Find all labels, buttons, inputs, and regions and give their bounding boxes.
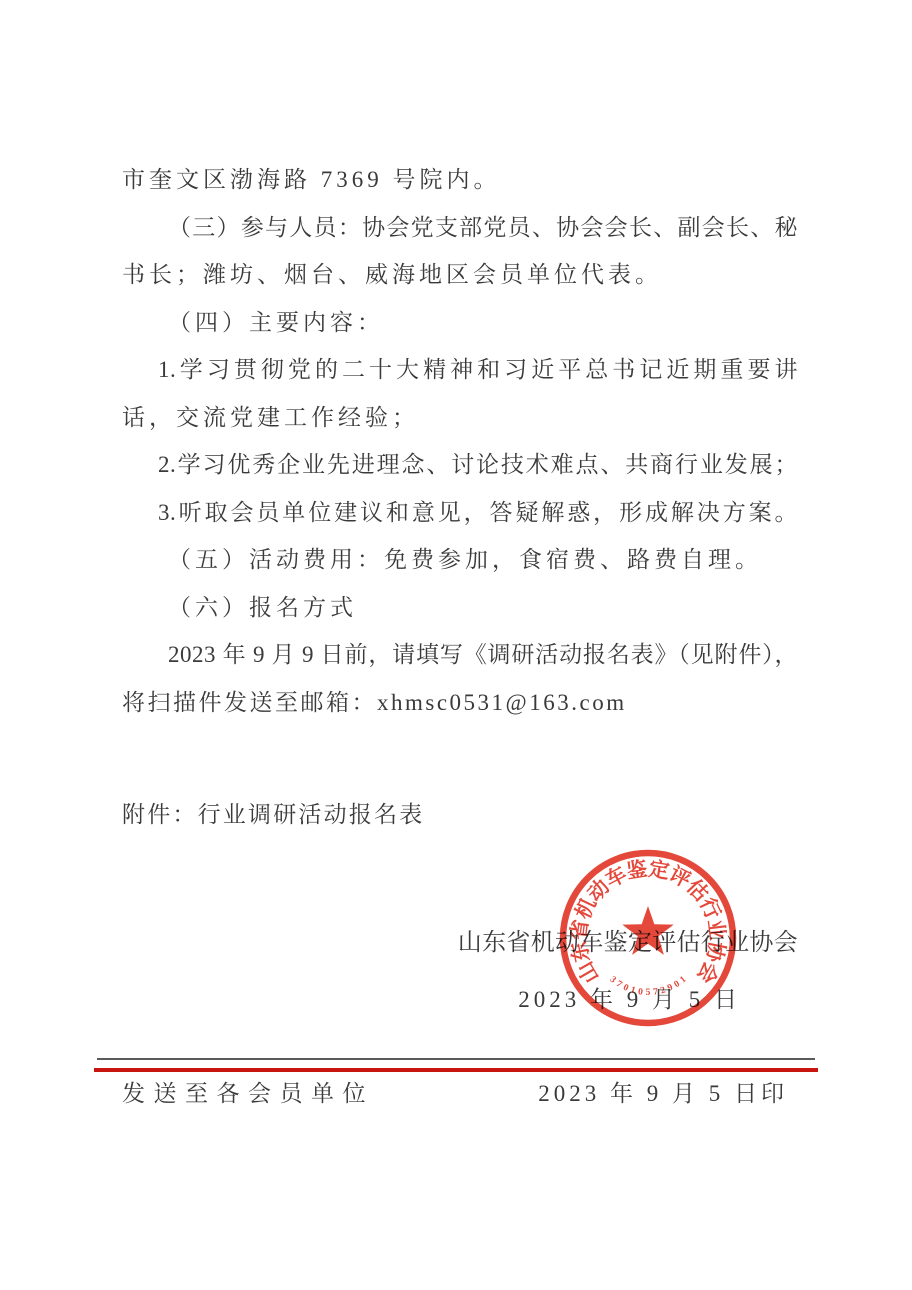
svg-text:7: 7	[653, 987, 659, 998]
svg-text:东: 东	[566, 939, 594, 964]
body-line: 将扫描件发送至邮箱：xhmsc0531@163.com	[122, 679, 798, 727]
body-line: 2023 年 9 月 9 日前，请填写《调研活动报名表》（见附件），	[122, 631, 798, 679]
attachment-line: 附件：行业调研活动报名表	[122, 791, 798, 839]
svg-text:0: 0	[621, 983, 630, 994]
body-line: （五）活动费用：免费参加，食宿费、路费自理。	[122, 536, 798, 584]
body-line: （四）主要内容：	[122, 299, 798, 347]
official-seal-stamp: 山东省机动车鉴定评估行业协会37010572901	[548, 838, 748, 1038]
body-line: 话，交流党建工作经验；	[122, 394, 798, 442]
document-body: 市奎文区渤海路 7369 号院内。（三）参与人员：协会党支部党员、协会会长、副会…	[122, 156, 798, 726]
svg-text:业: 业	[703, 918, 728, 942]
svg-text:0: 0	[637, 987, 643, 998]
body-line: 市奎文区渤海路 7369 号院内。	[122, 156, 798, 204]
body-line: 2.学习优秀企业先进理念、讨论技术难点、共商行业发展；	[122, 441, 798, 489]
svg-text:2: 2	[659, 985, 667, 996]
svg-text:1: 1	[629, 985, 637, 996]
body-line: 1.学习贯彻党的二十大精神和习近平总书记近期重要讲	[122, 346, 798, 394]
svg-text:鉴: 鉴	[625, 856, 650, 883]
footer-rule-thin	[97, 1058, 815, 1060]
footer-rule-red	[94, 1068, 818, 1072]
footer-print-date: 2023 年 9 月 5 日印	[538, 1078, 788, 1110]
body-line: 书长；潍坊、烟台、威海地区会员单位代表。	[122, 251, 798, 299]
body-line: （三）参与人员：协会党支部党员、协会会长、副会长、秘	[122, 204, 798, 252]
document-page: 市奎文区渤海路 7369 号院内。（三）参与人员：协会党支部党员、协会会长、副会…	[0, 0, 912, 1290]
svg-text:1: 1	[678, 975, 688, 986]
body-line: 3.听取会员单位建议和意见，答疑解惑，形成解决方案。	[122, 489, 798, 537]
footer-distribution-text: 发送至各会员单位	[122, 1078, 374, 1110]
svg-text:5: 5	[646, 988, 651, 998]
body-line: （六）报名方式	[122, 584, 798, 632]
